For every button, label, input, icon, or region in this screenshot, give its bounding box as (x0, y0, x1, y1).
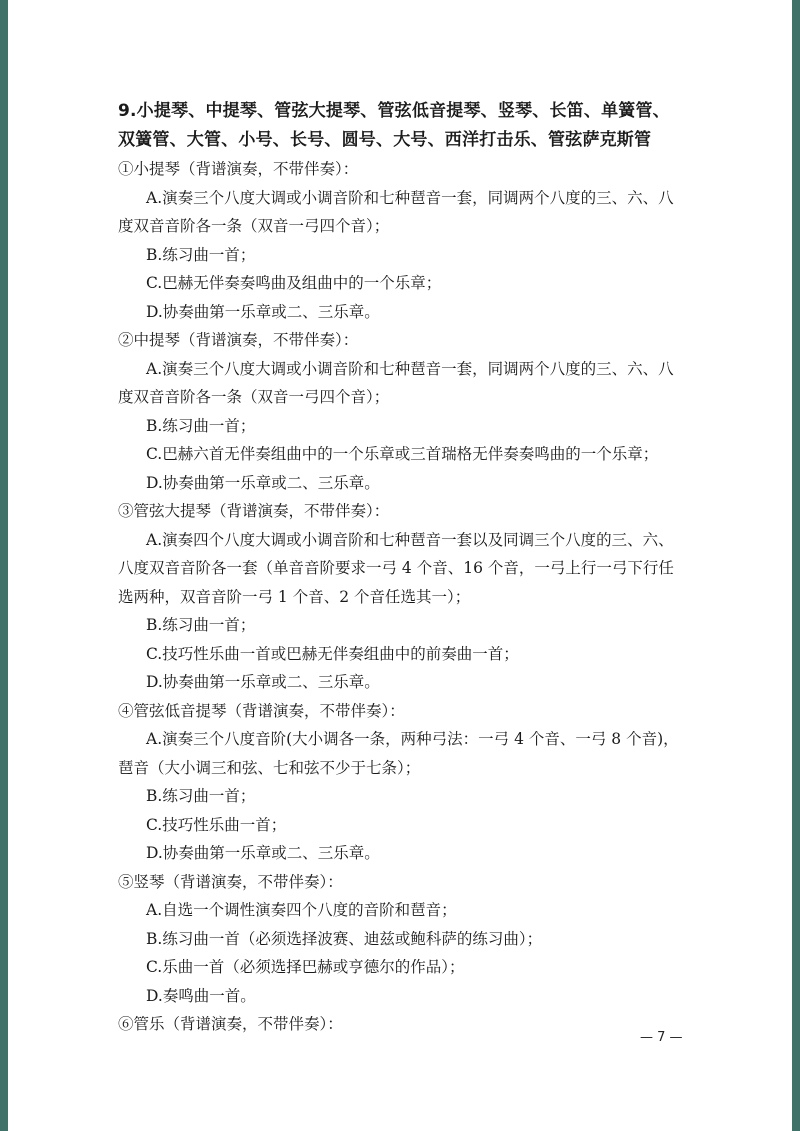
document-page: 9.小提琴、中提琴、管弦大提琴、管弦低音提琴、竖琴、长笛、单簧管、双簧管、大管、… (118, 97, 684, 1039)
requirement-item: D.协奏曲第一乐章或二、三乐章。 (118, 469, 684, 498)
requirement-item: C.乐曲一首（必须选择巴赫或亨德尔的作品）； (118, 953, 684, 982)
instrument-section: ③管弦大提琴（背谱演奏，不带伴奏）：A.演奏四个八度大调或小调音阶和七种琶音一套… (118, 497, 684, 697)
requirement-item: B.练习曲一首； (118, 611, 684, 640)
requirement-item: A.自选一个调性演奏四个八度的音阶和琶音； (118, 896, 684, 925)
requirement-item: D.奏鸣曲一首。 (118, 982, 684, 1011)
instrument-section: ②中提琴（背谱演奏，不带伴奏）：A.演奏三个八度大调或小调音阶和七种琶音一套，同… (118, 326, 684, 497)
requirement-item: A.演奏三个八度大调或小调音阶和七种琶音一套，同调两个八度的三、六、八度双音音阶… (118, 355, 684, 412)
instrument-heading: ③管弦大提琴（背谱演奏，不带伴奏）： (118, 497, 684, 526)
requirement-item: C.巴赫六首无伴奏组曲中的一个乐章或三首瑞格无伴奏奏鸣曲的一个乐章； (118, 440, 684, 469)
instrument-heading: ⑤竖琴（背谱演奏，不带伴奏）： (118, 868, 684, 897)
instrument-section: ⑤竖琴（背谱演奏，不带伴奏）：A.自选一个调性演奏四个八度的音阶和琶音；B.练习… (118, 868, 684, 1011)
requirement-item: B.练习曲一首； (118, 241, 684, 270)
requirement-item: C.巴赫无伴奏奏鸣曲及组曲中的一个乐章； (118, 269, 684, 298)
instrument-section: ⑥管乐（背谱演奏，不带伴奏）： (118, 1010, 684, 1039)
requirement-item: D.协奏曲第一乐章或二、三乐章。 (118, 298, 684, 327)
requirement-item: A.演奏四个八度大调或小调音阶和七种琶音一套以及同调三个八度的三、六、八度双音音… (118, 526, 684, 612)
instrument-heading: ①小提琴（背谱演奏，不带伴奏）： (118, 155, 684, 184)
sections-list: ①小提琴（背谱演奏，不带伴奏）：A.演奏三个八度大调或小调音阶和七种琶音一套，同… (118, 155, 684, 1039)
requirement-item: B.练习曲一首； (118, 782, 684, 811)
requirement-item: C.技巧性乐曲一首或巴赫无伴奏组曲中的前奏曲一首； (118, 640, 684, 669)
requirement-item: B.练习曲一首（必须选择波赛、迪兹或鲍科萨的练习曲）； (118, 925, 684, 954)
left-frame-bar (0, 0, 8, 1131)
right-frame-bar (792, 0, 800, 1131)
instrument-section: ④管弦低音提琴（背谱演奏，不带伴奏）：A.演奏三个八度音阶(大小调各一条，两种弓… (118, 697, 684, 868)
instrument-heading: ④管弦低音提琴（背谱演奏，不带伴奏）： (118, 697, 684, 726)
section-title: 9.小提琴、中提琴、管弦大提琴、管弦低音提琴、竖琴、长笛、单簧管、双簧管、大管、… (118, 97, 684, 155)
requirement-item: D.协奏曲第一乐章或二、三乐章。 (118, 668, 684, 697)
requirement-item: B.练习曲一首； (118, 412, 684, 441)
instrument-heading: ②中提琴（背谱演奏，不带伴奏）： (118, 326, 684, 355)
page-number: — 7 — (640, 1030, 683, 1045)
requirement-item: C.技巧性乐曲一首； (118, 811, 684, 840)
requirement-item: A.演奏三个八度音阶(大小调各一条，两种弓法：一弓 4 个音、一弓 8 个音)，… (118, 725, 684, 782)
instrument-section: ①小提琴（背谱演奏，不带伴奏）：A.演奏三个八度大调或小调音阶和七种琶音一套，同… (118, 155, 684, 326)
requirement-item: A.演奏三个八度大调或小调音阶和七种琶音一套，同调两个八度的三、六、八度双音音阶… (118, 184, 684, 241)
instrument-heading: ⑥管乐（背谱演奏，不带伴奏）： (118, 1010, 684, 1039)
requirement-item: D.协奏曲第一乐章或二、三乐章。 (118, 839, 684, 868)
